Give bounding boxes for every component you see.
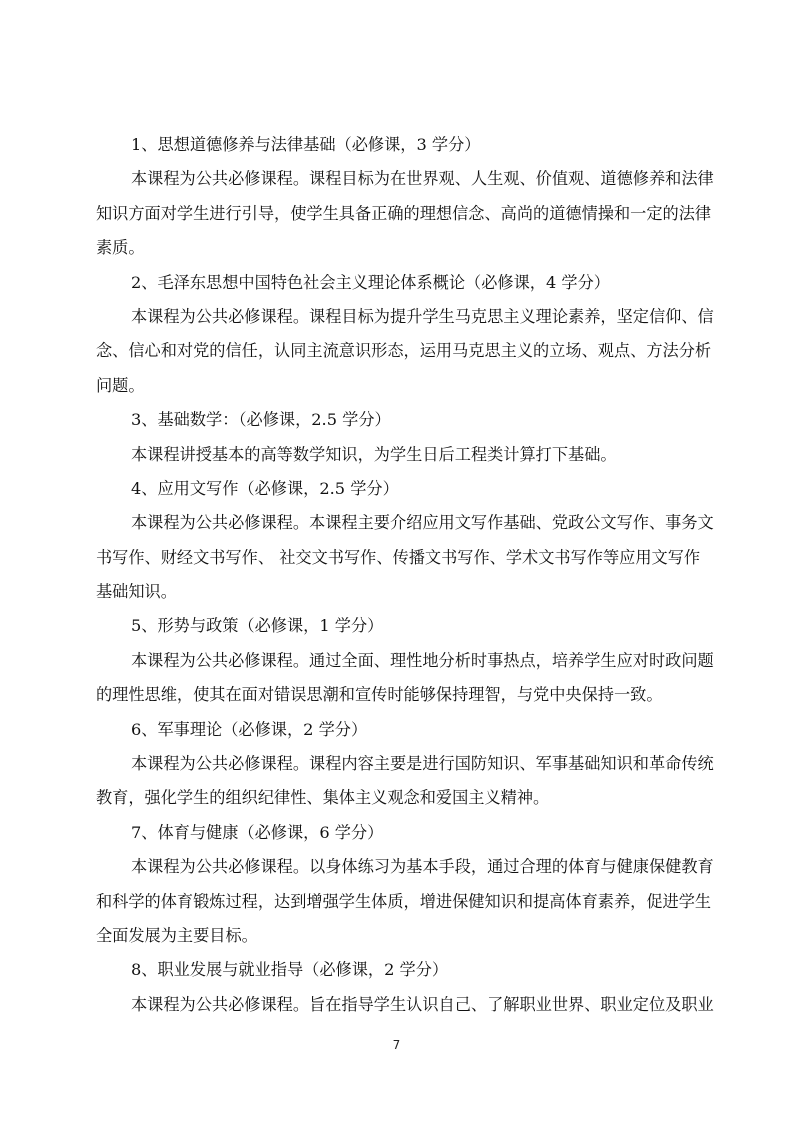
course-heading: 6、军事理论（必修课，2 学分） <box>96 713 716 747</box>
course-description-line: 基础知识。 <box>96 575 716 609</box>
course-section-4: 4、应用文写作（必修课，2.5 学分） 本课程为公共必修课程。本课程主要介绍应用… <box>96 472 716 610</box>
course-section-2: 2、毛泽东思想中国特色社会主义理论体系概论（必修课，4 学分） 本课程为公共必修… <box>96 266 716 404</box>
course-description-line: 素质。 <box>96 231 716 265</box>
course-heading: 5、形势与政策（必修课，1 学分） <box>96 609 716 643</box>
course-description-line: 知识方面对学生进行引导，使学生具备正确的理想信念、高尚的道德情操和一定的法律 <box>96 197 716 231</box>
course-section-1: 1、思想道德修养与法律基础（必修课，3 学分） 本课程为公共必修课程。课程目标为… <box>96 128 716 266</box>
course-section-6: 6、军事理论（必修课，2 学分） 本课程为公共必修课程。课程内容主要是进行国防知… <box>96 713 716 816</box>
course-description-line: 本课程为公共必修课程。课程目标为提升学生马克思主义理论素养，坚定信仰、信 <box>96 300 716 334</box>
course-description-line: 全面发展为主要目标。 <box>96 919 716 953</box>
course-description-line: 本课程为公共必修课程。本课程主要介绍应用文写作基础、党政公文写作、事务文 <box>96 506 716 540</box>
course-description-line: 本课程讲授基本的高等数学知识，为学生日后工程类计算打下基础。 <box>96 438 716 472</box>
course-section-8: 8、职业发展与就业指导（必修课，2 学分） 本课程为公共必修课程。旨在指导学生认… <box>96 953 716 1022</box>
course-description-line: 本课程为公共必修课程。课程目标为在世界观、人生观、价值观、道德修养和法律 <box>96 162 716 196</box>
course-heading: 1、思想道德修养与法律基础（必修课，3 学分） <box>96 128 716 162</box>
course-description-line: 的理性思维，使其在面对错误思潮和宣传时能够保持理智，与党中央保持一致。 <box>96 678 716 712</box>
course-description-line: 本课程为公共必修课程。通过全面、理性地分析时事热点，培养学生应对时政问题 <box>96 644 716 678</box>
course-description-line: 书写作、财经文书写作、 社交文书写作、传播文书写作、学术文书写作等应用文写作 <box>96 541 716 575</box>
course-heading: 7、体育与健康（必修课，6 学分） <box>96 816 716 850</box>
course-heading: 3、基础数学：（必修课，2.5 学分） <box>96 403 716 437</box>
course-heading: 2、毛泽东思想中国特色社会主义理论体系概论（必修课，4 学分） <box>96 266 716 300</box>
course-description-line: 和科学的体育锻炼过程，达到增强学生体质，增进保健知识和提高体育素养，促进学生 <box>96 885 716 919</box>
course-section-3: 3、基础数学：（必修课，2.5 学分） 本课程讲授基本的高等数学知识，为学生日后… <box>96 403 716 472</box>
course-heading: 4、应用文写作（必修课，2.5 学分） <box>96 472 716 506</box>
course-description-line: 问题。 <box>96 369 716 403</box>
course-description-line: 本课程为公共必修课程。以身体练习为基本手段，通过合理的体育与健康保健教育 <box>96 850 716 884</box>
course-description-line: 教育，强化学生的组织纪律性、集体主义观念和爱国主义精神。 <box>96 781 716 815</box>
course-description-line: 本课程为公共必修课程。旨在指导学生认识自己、了解职业世界、职业定位及职业 <box>96 988 716 1022</box>
document-page: 1、思想道德修养与法律基础（必修课，3 学分） 本课程为公共必修课程。课程目标为… <box>96 128 716 1022</box>
course-description-line: 本课程为公共必修课程。课程内容主要是进行国防知识、军事基础知识和革命传统 <box>96 747 716 781</box>
course-description-line: 念、信心和对党的信任，认同主流意识形态，运用马克思主义的立场、观点、方法分析 <box>96 334 716 368</box>
course-section-7: 7、体育与健康（必修课，6 学分） 本课程为公共必修课程。以身体练习为基本手段，… <box>96 816 716 954</box>
course-section-5: 5、形势与政策（必修课，1 学分） 本课程为公共必修课程。通过全面、理性地分析时… <box>96 609 716 712</box>
page-number: 7 <box>0 1038 793 1052</box>
course-heading: 8、职业发展与就业指导（必修课，2 学分） <box>96 953 716 987</box>
